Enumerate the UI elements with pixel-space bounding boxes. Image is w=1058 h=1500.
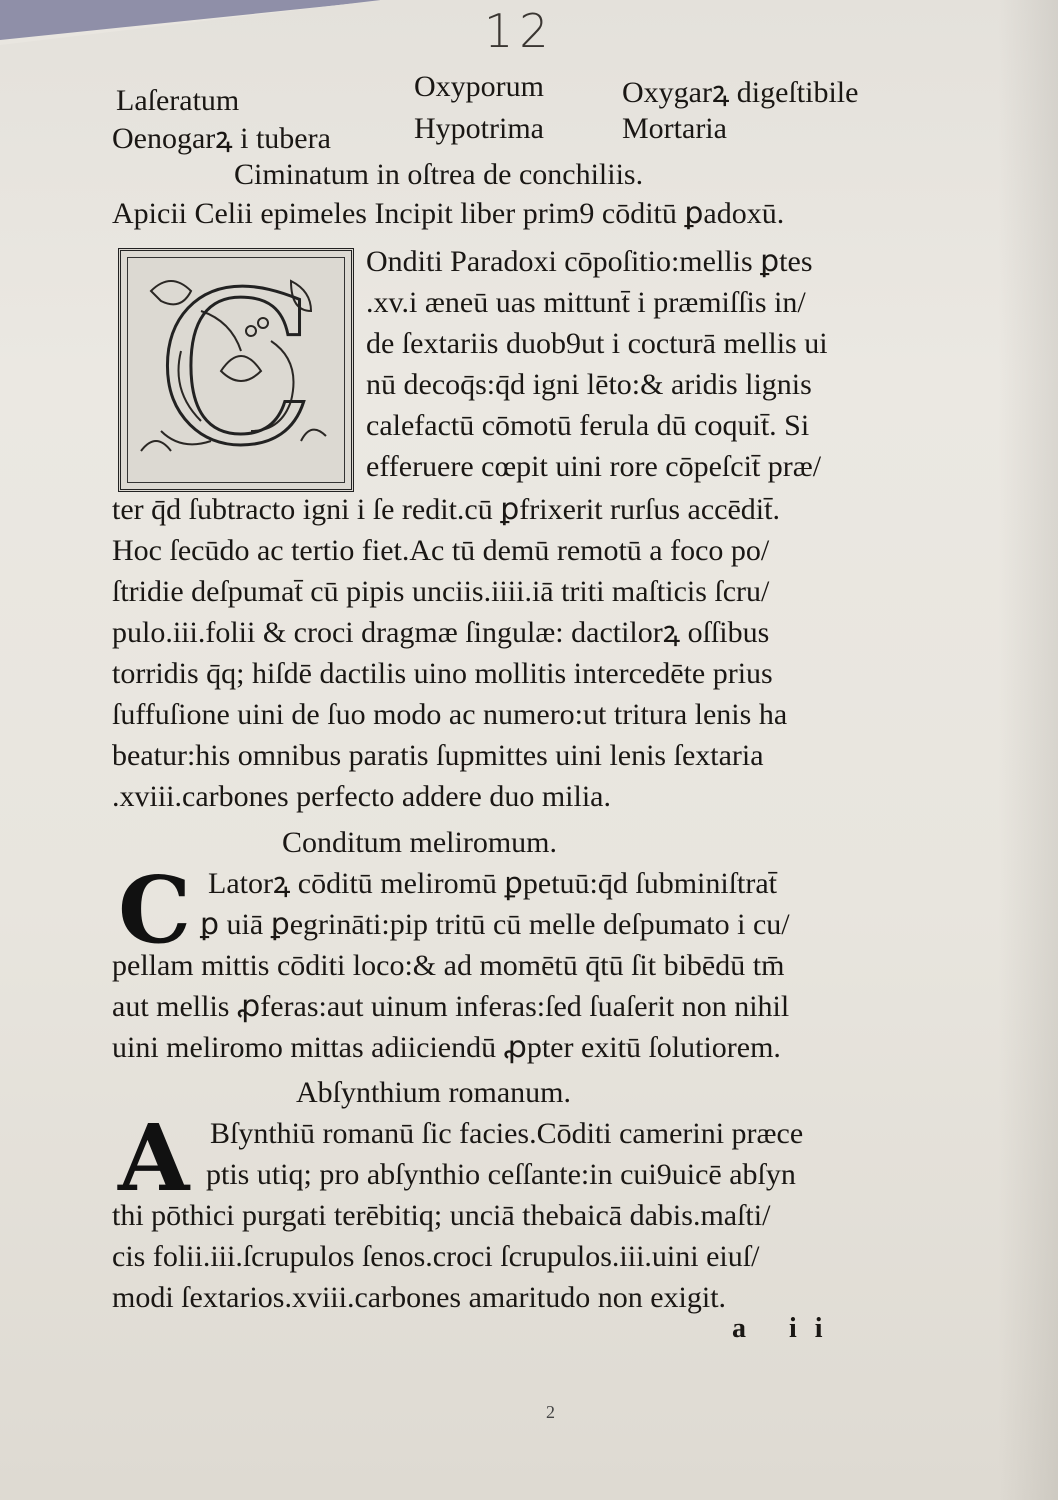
text-line: cis folii.iii.ſcrupulos ſenos.croci ſcru… (112, 1239, 759, 1275)
initial-letter: C (156, 265, 317, 475)
text-line: Hoc ſecūdo ac tertio fiet.Ac tū demū rem… (112, 533, 769, 569)
toc-entry: Ciminatum in oſtrea de conchiliis. (234, 158, 643, 192)
section-heading: Conditum meliromum. (282, 826, 557, 860)
gothic-initial-a: A (118, 1112, 189, 1204)
text-line: pellam mittis cōditi loco:& ad momētū q̄… (112, 948, 784, 984)
text-line: Onditi Paradoxi cōpoſitio:mellis ꝑtes (366, 244, 813, 280)
text-line: modi ſextarios.xviii.carbones amaritudo … (112, 1280, 726, 1316)
text-line: pulo.iii.folii & croci dragmæ ſingulæ: d… (112, 615, 769, 651)
text-line: nū decoq̄s:q̄d igni lēto:& aridis lignis (366, 367, 812, 403)
section-heading: Abſynthium romanum. (296, 1076, 571, 1110)
gothic-initial-c: C (118, 864, 191, 956)
toc-entry: Oxygarꝝ digeſtibile (622, 70, 858, 111)
text-line: ſtridie deſpumat̄ cū pipis unciis.iiii.i… (112, 574, 769, 610)
text-line: torridis q̄q; hiſdē dactilis uino mollit… (112, 656, 773, 692)
signature-mark: a ii (732, 1313, 841, 1345)
text-line: ꝑ uiā ꝑegrināti:pip tritū cū melle deſpu… (200, 907, 790, 943)
text-line: ptis utiq; pro abſynthio ceſſante:in cui… (206, 1157, 796, 1193)
toc-entry: Mortaria (622, 112, 727, 146)
page-number: 2 (546, 1402, 555, 1423)
text-line: ter q̄d ſubtracto igni i ſe redit.cū ꝑfr… (112, 492, 780, 528)
text-line: efferuere cœpit uini rore cōpeſcit̄ præ/ (366, 449, 821, 485)
text-line: thi pōthici purgati terēbitiq; unciā the… (112, 1198, 770, 1234)
text-line: ſuffuſione uini de ſuo modo ac numero:ut… (112, 697, 787, 733)
toc-entry: Oxyporum (414, 70, 544, 104)
toc-entry: Oenogarꝝ i tubera (112, 116, 331, 157)
text-line: aut mellis ꝓferas:aut uinum inferas:ſed … (112, 989, 789, 1025)
manuscript-folio-number: 12 (484, 4, 555, 58)
text-line: .xviii.carbones perfecto addere duo mili… (112, 779, 611, 815)
text-line: uini meliromo mittas adiiciendū ꝓpter ex… (112, 1030, 781, 1066)
book-title: Apicii Celii epimeles Incipit liber prim… (112, 196, 784, 232)
toc-entry: Hypotrima (414, 112, 544, 146)
text-line: .xv.i æneū uas mittunt̄ i præmiſſis in/ (366, 285, 806, 321)
toc-entry: Laſeratum (116, 84, 239, 118)
decorated-initial-c: C (118, 248, 354, 492)
text-line: calefactū cōmotū ferula dū coquit̄. Si (366, 408, 809, 444)
text-line: Bſynthiū romanū ſic facies.Cōditi cameri… (210, 1116, 803, 1152)
text-line: Latorꝝ cōditū meliromū ꝑpetuū:q̄d ſubmin… (208, 866, 777, 902)
text-line: de ſextariis duob9ut i cocturā mellis ui (366, 326, 828, 362)
text-line: beatur:his omnibus paratis ſupmittes uin… (112, 738, 764, 774)
